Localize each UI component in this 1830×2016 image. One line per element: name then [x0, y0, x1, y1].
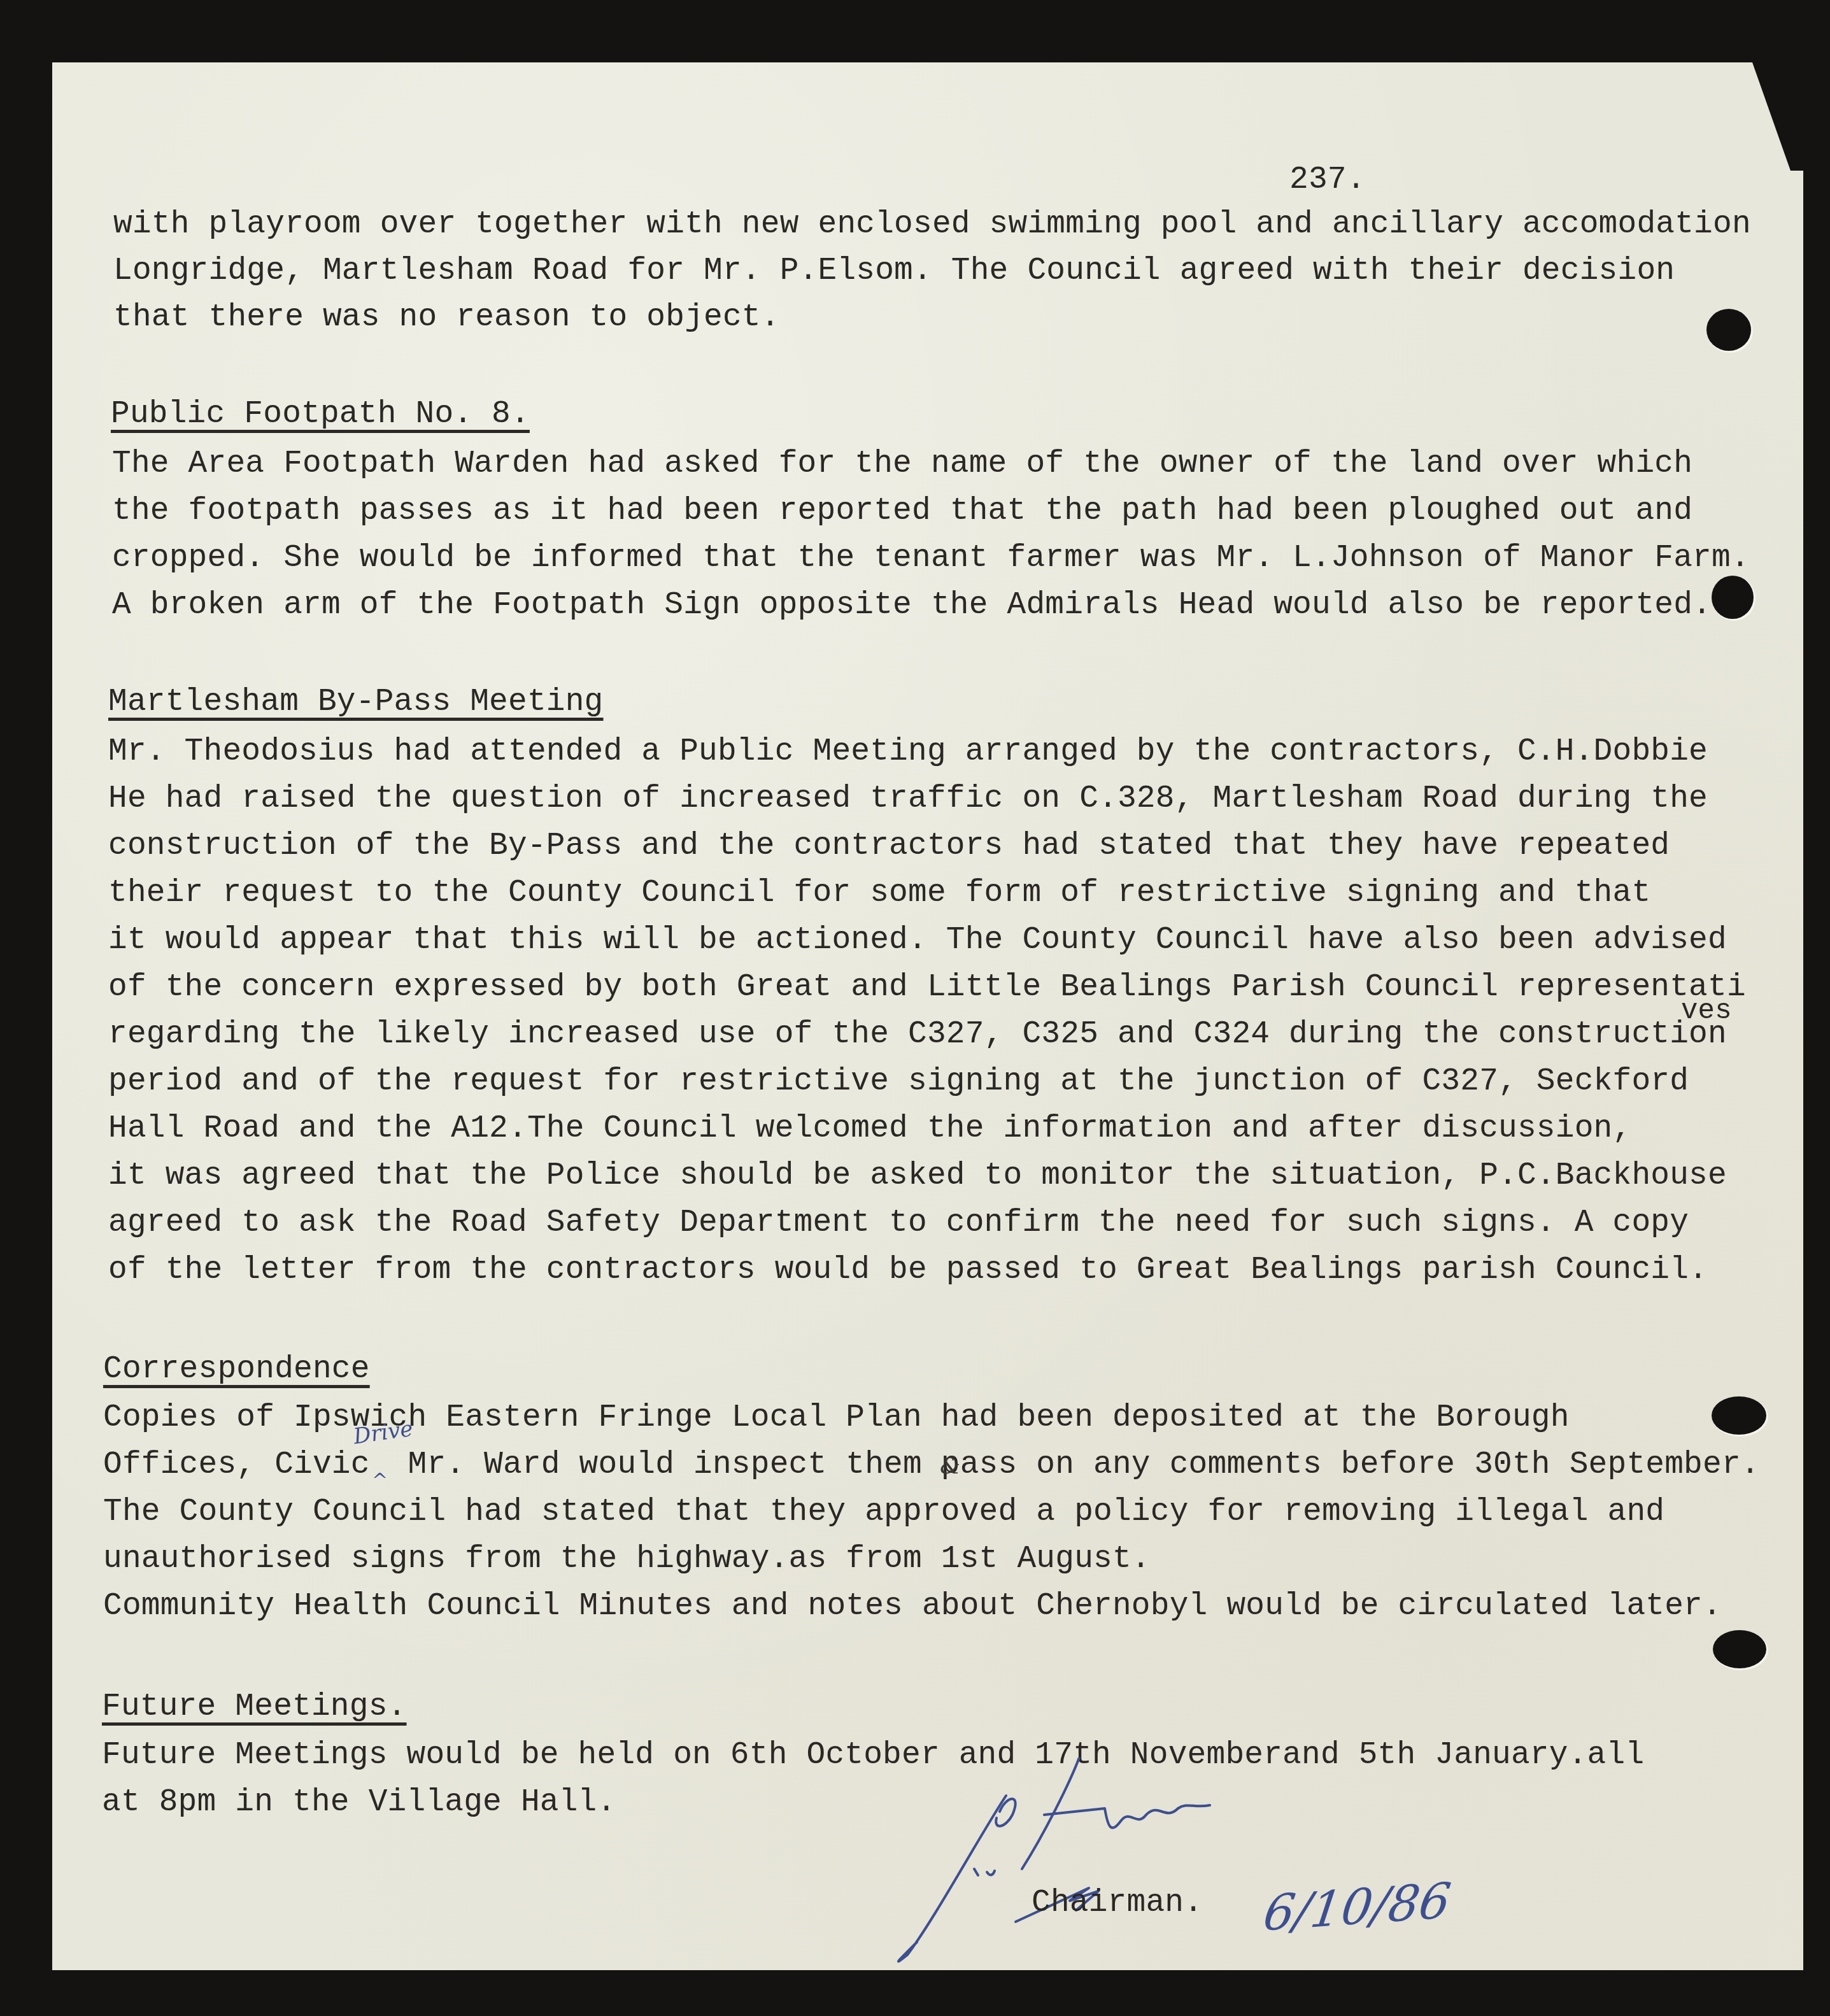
text-line: construction of the By-Pass and the cont…: [108, 827, 1670, 865]
text-line: Longridge, Martlesham Road for Mr. P.Els…: [113, 252, 1675, 290]
section-heading: Correspondence: [103, 1350, 370, 1388]
punch-hole: [1713, 1630, 1766, 1668]
signature-title: Chairman.: [1032, 1884, 1203, 1922]
text-line: agreed to ask the Road Safety Department…: [108, 1203, 1689, 1242]
text-line: unauthorised signs from the highway.as f…: [103, 1540, 1151, 1578]
text-line: A broken arm of the Footpath Sign opposi…: [112, 586, 1712, 624]
punch-hole: [1712, 576, 1754, 619]
text-line: regarding the likely increased use of th…: [108, 1015, 1727, 1053]
text-line: at 8pm in the Village Hall.: [102, 1783, 616, 1821]
section-heading: Martlesham By-Pass Meeting: [108, 683, 604, 721]
text-line: the footpath passes as it had been repor…: [112, 492, 1692, 530]
text-line: it was agreed that the Police should be …: [108, 1156, 1727, 1195]
text-line: with playroom over together with new enc…: [113, 205, 1751, 243]
section-heading: Future Meetings.: [102, 1687, 406, 1726]
text-line: The Area Footpath Warden had asked for t…: [112, 444, 1692, 483]
section-heading: Public Footpath No. 8.: [111, 395, 530, 433]
text-line: Copies of Ipswich Eastern Fringe Local P…: [103, 1398, 1570, 1437]
text-line: their request to the County Council for …: [108, 874, 1650, 912]
text-line: it would appear that this will be action…: [108, 921, 1727, 959]
page-number: 237.: [1289, 160, 1366, 199]
handwritten-ampersand: &: [940, 1453, 960, 1479]
text-line: He had raised the question of increased …: [108, 779, 1708, 818]
text-line: Hall Road and the A12.The Council welcom…: [108, 1109, 1631, 1147]
text-line: The County Council had stated that they …: [103, 1493, 1664, 1531]
text-line: Community Health Council Minutes and not…: [103, 1587, 1722, 1625]
text-line: Mr. Theodosius had attended a Public Mee…: [108, 732, 1708, 770]
punch-hole: [1706, 309, 1751, 351]
text-line: that there was no reason to object.: [113, 298, 780, 336]
text-line: Offices, Civic Mr. Ward would inspect th…: [103, 1445, 1760, 1484]
text-line: of the letter from the contractors would…: [108, 1251, 1708, 1289]
text-line: period and of the request for restrictiv…: [108, 1062, 1689, 1100]
text-line: cropped. She would be informed that the …: [112, 539, 1750, 577]
punch-hole: [1712, 1396, 1766, 1435]
text-line: of the concern expressed by both Great a…: [108, 968, 1746, 1006]
